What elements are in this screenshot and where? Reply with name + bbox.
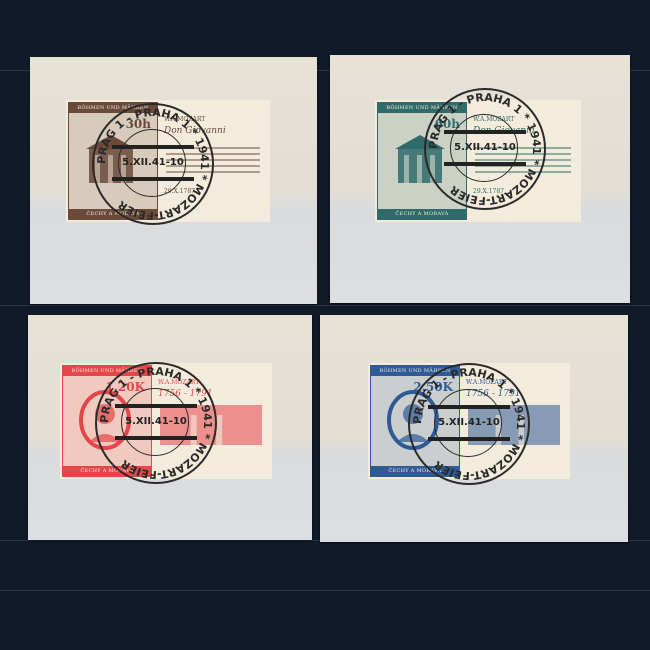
cancel-bar — [112, 177, 194, 181]
cancel-bar — [115, 404, 197, 408]
postmark-date: 5.XII.41-10 — [94, 157, 212, 168]
postmark-date: 5.XII.41-10 — [426, 142, 544, 153]
postmark-1: PRAG 1 - PRAHA 1 * 1941 * MOZART-FEIER 5… — [92, 103, 214, 225]
postmark-4: PRAG 1 - PRAHA 1 * 1941 * MOZART-FEIER 5… — [408, 363, 530, 485]
postmark-date: 5.XII.41-10 — [97, 416, 215, 427]
cancel-bar — [444, 130, 526, 134]
postmark-2: PRAG 1 - PRAHA 1 * 1941 * MOZART-FEIER 5… — [424, 88, 546, 210]
cancel-bar — [115, 436, 197, 440]
cancel-bar — [444, 162, 526, 166]
country-bottom: ČECHY A MORAVA — [378, 209, 466, 219]
cancel-bar — [112, 145, 194, 149]
cancel-bar — [428, 405, 510, 409]
postmark-date: 5.XII.41-10 — [410, 417, 528, 428]
postmark-3: PRAG 1 - PRAHA 1 * 1941 * MOZART-FEIER 5… — [95, 362, 217, 484]
cancel-bar — [428, 437, 510, 441]
